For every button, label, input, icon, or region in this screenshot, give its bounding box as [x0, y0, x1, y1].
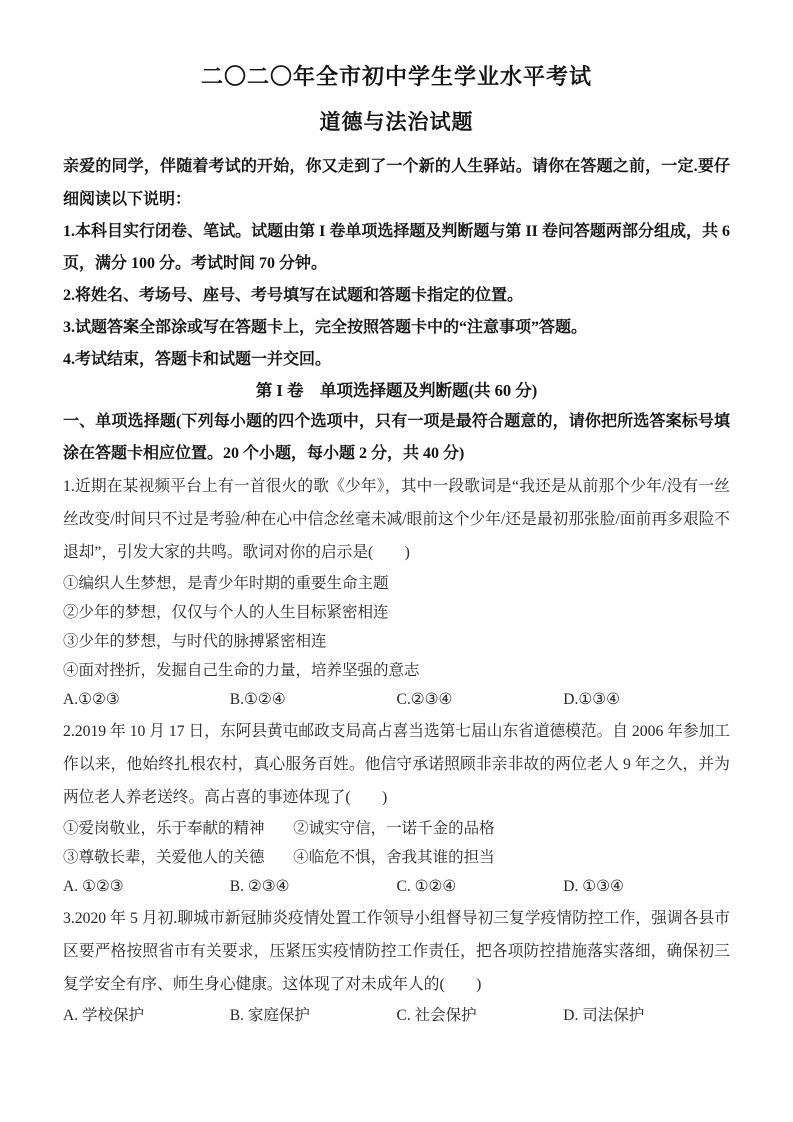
question-2-options: A. ①②③ B. ②③④ C. ①②④ D. ①③④ [63, 872, 730, 902]
question-2-option-c: C. ①②④ [397, 872, 564, 902]
question-1-item-3: ③少年的梦想，与时代的脉搏紧密相连 [63, 627, 730, 656]
question-1: 1.近期在某视频平台上有一首很火的歌《少年》，其中一段歌词是“我还是从前那个少年… [63, 470, 730, 715]
question-2-item-1: ①爱岗敬业，乐于奉献的精神 [63, 814, 293, 843]
exam-title: 二〇二〇年全市初中学生学业水平考试 [63, 62, 730, 92]
exam-paper-page: 二〇二〇年全市初中学生学业水平考试 道德与法治试题 亲爱的同学，伴随着考试的开始… [0, 0, 793, 1122]
intro-note: 亲爱的同学，伴随着考试的开始，你又走到了一个新的人生驿站。请你在答题之前，一定.… [63, 150, 730, 216]
instruction-4: 4.考试结束，答题卡和试题一并交回。 [63, 344, 730, 376]
question-1-option-a: A.①②③ [63, 685, 230, 715]
question-3: 3.2020 年 5 月初.聊城市新冠肺炎疫情处置工作领导小组督导初三复学疫情防… [63, 902, 730, 1031]
question-1-option-c: C.②③④ [397, 685, 564, 715]
question-1-option-d: D.①③④ [563, 685, 730, 715]
question-3-option-d: D. 司法保护 [563, 1001, 730, 1031]
exam-subtitle: 道德与法治试题 [63, 108, 730, 136]
question-1-item-1: ①编织人生梦想，是青少年时期的重要生命主题 [63, 569, 730, 598]
instruction-3: 3.试题答案全部涂或写在答题卡上，完全按照答题卡中的“注意事项”答题。 [63, 312, 730, 344]
question-3-option-c: C. 社会保护 [397, 1001, 564, 1031]
instruction-1: 1.本科目实行闭卷、笔试。试题由第 I 卷单项选择题及判断题与第 II 卷问答题… [63, 216, 730, 280]
question-2-option-a: A. ①②③ [63, 872, 230, 902]
question-2-stem: 2.2019 年 10 月 17 日，东阿县黄屯邮政支局高占喜当选第七届山东省道… [63, 715, 730, 814]
question-2-item-4: ④临危不惧，舍我其谁的担当 [293, 843, 730, 872]
question-3-option-a: A. 学校保护 [63, 1001, 230, 1031]
question-1-options: A.①②③ B.①②④ C.②③④ D.①③④ [63, 685, 730, 715]
question-2-option-d: D. ①③④ [563, 872, 730, 902]
section1-part-title: 一、单项选择题(下列每小题的四个选项中，只有一项是最符合题意的，请你把所选答案标… [63, 406, 730, 470]
question-1-item-2: ②少年的梦想，仅仅与个人的人生目标紧密相连 [63, 598, 730, 627]
question-2: 2.2019 年 10 月 17 日，东阿县黄屯邮政支局高占喜当选第七届山东省道… [63, 715, 730, 902]
question-3-options: A. 学校保护 B. 家庭保护 C. 社会保护 D. 司法保护 [63, 1001, 730, 1031]
question-1-stem: 1.近期在某视频平台上有一首很火的歌《少年》，其中一段歌词是“我还是从前那个少年… [63, 470, 730, 569]
question-2-option-b: B. ②③④ [230, 872, 397, 902]
question-3-option-b: B. 家庭保护 [230, 1001, 397, 1031]
question-2-items: ①爱岗敬业，乐于奉献的精神 ②诚实守信，一诺千金的品格 ③尊敬长辈，关爱他人的关… [63, 814, 730, 872]
question-1-item-4: ④面对挫折，发掘自己生命的力量，培养坚强的意志 [63, 656, 730, 685]
question-1-items: ①编织人生梦想，是青少年时期的重要生命主题 ②少年的梦想，仅仅与个人的人生目标紧… [63, 569, 730, 685]
question-2-item-2: ②诚实守信，一诺千金的品格 [293, 814, 730, 843]
question-1-option-b: B.①②④ [230, 685, 397, 715]
question-2-item-3: ③尊敬长辈，关爱他人的关德 [63, 843, 293, 872]
question-3-stem: 3.2020 年 5 月初.聊城市新冠肺炎疫情处置工作领导小组督导初三复学疫情防… [63, 902, 730, 1001]
section1-header: 第 I 卷 单项选择题及判断题(共 60 分) [63, 376, 730, 406]
instruction-2: 2.将姓名、考场号、座号、考号填写在试题和答题卡指定的位置。 [63, 280, 730, 312]
